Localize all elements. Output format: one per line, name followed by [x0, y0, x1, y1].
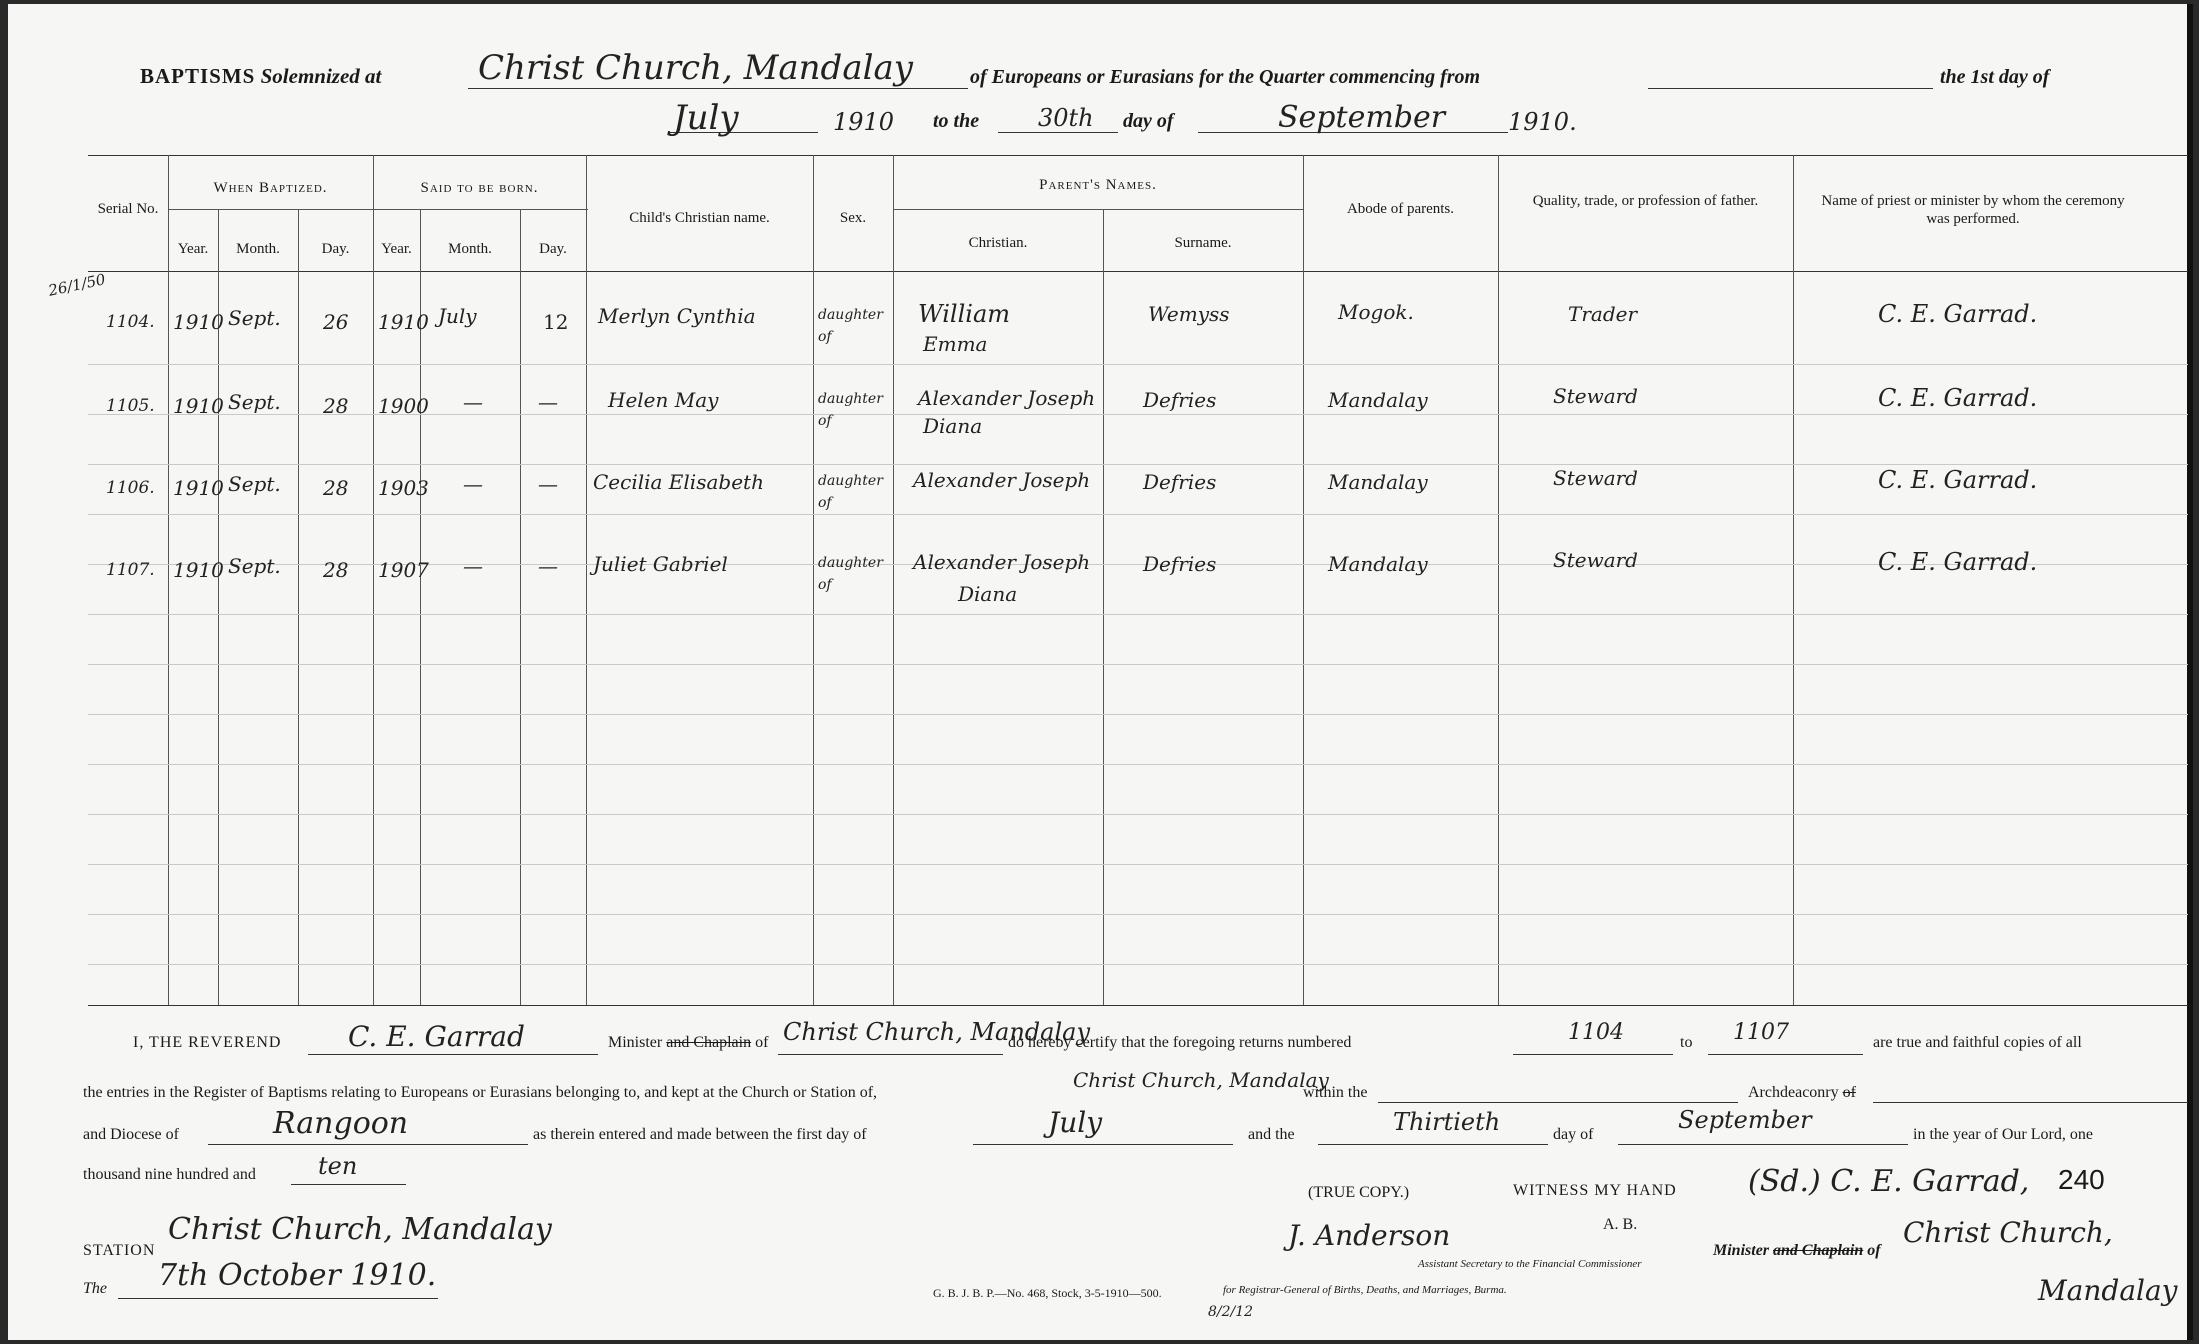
true-copy-stamp: (TRUE COPY.) [1308, 1184, 1409, 1202]
cert-year-of-lord: in the year of Our Lord, one [1913, 1126, 2093, 1144]
cert-last-month: September [1678, 1106, 1812, 1134]
first-day-label: the 1st day of [1940, 66, 2049, 89]
end-month: September [1278, 100, 1445, 135]
asst-secretary: Assistant Secretary to the Financial Com… [1418, 1258, 1642, 1270]
header-parents-names: Parent's Names. [893, 176, 1303, 194]
header-child-name: Child's Christian name. [586, 209, 813, 227]
cert-therein-text: as therein entered and made between the … [533, 1126, 867, 1144]
sig-church-line1: Christ Church, [1903, 1216, 2113, 1249]
cert-i-reverend: I, THE REVEREND [133, 1034, 281, 1052]
header-born-day: Day. [520, 240, 586, 258]
station-label: STATION [83, 1242, 155, 1260]
anderson-signature: J. Anderson [1288, 1219, 1450, 1252]
end-day: 30th [1038, 104, 1094, 132]
header-quality: Quality, trade, or profession of father. [1518, 192, 1773, 210]
header-surname: Surname. [1103, 234, 1303, 252]
cert-station-church: Christ Church, Mandalay [1073, 1068, 1329, 1092]
cert-to-no: 1107 [1733, 1020, 1789, 1045]
header-sex: Sex. [813, 209, 893, 227]
witness-label: WITNESS MY HAND [1513, 1182, 1677, 1200]
solemnized-label: Solemnized at [261, 64, 382, 88]
title-baptisms: BAPTISMS [140, 64, 255, 88]
to-the-label: to the [933, 110, 979, 133]
the-label: The [83, 1280, 107, 1298]
cert-thousand-text: thousand nine hundred and [83, 1166, 256, 1184]
ab-label: A. B. [1603, 1216, 1637, 1234]
cert-thirtieth: Thirtieth [1393, 1108, 1500, 1136]
reverend-name: C. E. Garrad [348, 1020, 525, 1053]
cert-line2: the entries in the Register of Baptisms … [83, 1084, 877, 1102]
header-priest: Name of priest or minister by whom the c… [1808, 192, 2138, 228]
form-number: G. B. J. B. P.—No. 468, Stock, 3-5-1910—… [933, 1286, 1162, 1301]
header-serial: Serial No. [90, 200, 166, 218]
start-month: July [673, 98, 739, 138]
header-bap-month: Month. [218, 240, 298, 258]
cert-true-copies: are true and faithful copies of all [1873, 1034, 2082, 1052]
cert-and-the: and the [1248, 1126, 1295, 1144]
cert-certify-text: do hereby certify that the foregoing ret… [1008, 1034, 1351, 1052]
page-number: 240 [2058, 1164, 2105, 1196]
cert-diocese-label: and Diocese of [83, 1126, 179, 1144]
cert-first-month: July [1048, 1106, 1102, 1139]
start-year: 1910 [833, 108, 894, 136]
cert-ten: ten [318, 1152, 357, 1180]
cert-day-of: day of [1553, 1126, 1593, 1144]
title-line: BAPTISMS Solemnized at [140, 64, 381, 89]
cert-from-no: 1104 [1568, 1020, 1624, 1045]
margin-note: 26/1/50 [47, 270, 107, 300]
sig-church-line2: Mandalay [2038, 1274, 2177, 1307]
header-said-born: Said to be born. [373, 179, 586, 197]
minister-of-label: Minister and Chaplain of [1713, 1242, 1881, 1260]
cert-to-label: to [1680, 1034, 1692, 1052]
church-name-handwritten: Christ Church, Mandalay [478, 48, 913, 88]
cert-archdeaconry: Archdeaconry of [1748, 1084, 1856, 1102]
day-of-label: day of [1123, 110, 1174, 133]
cert-diocese: Rangoon [273, 1106, 408, 1141]
baptism-register-page: BAPTISMS Solemnized at Christ Church, Ma… [8, 4, 2193, 1340]
header-bap-year: Year. [168, 240, 218, 258]
date-note: 8/2/12 [1208, 1304, 1253, 1320]
end-year: 1910. [1508, 108, 1577, 136]
header-born-month: Month. [420, 240, 520, 258]
minister-signature: (Sd.) C. E. Garrad, [1748, 1164, 2029, 1199]
header-bap-day: Day. [298, 240, 373, 258]
cert-minister-label: Minister and Chaplain of [608, 1034, 768, 1052]
date-value: 7th October 1910. [158, 1258, 436, 1293]
header-when-baptized: When Baptized. [168, 179, 373, 197]
page-edge [2187, 4, 2193, 1340]
cert-within-the: within the [1303, 1084, 1367, 1102]
station-value: Christ Church, Mandalay [168, 1212, 552, 1247]
header-christian: Christian. [893, 234, 1103, 252]
quarter-label: of Europeans or Eurasians for the Quarte… [970, 66, 1480, 89]
header-born-year: Year. [373, 240, 420, 258]
header-abode: Abode of parents. [1303, 200, 1498, 218]
for-registrar: for Registrar-General of Births, Deaths,… [1223, 1284, 1507, 1296]
